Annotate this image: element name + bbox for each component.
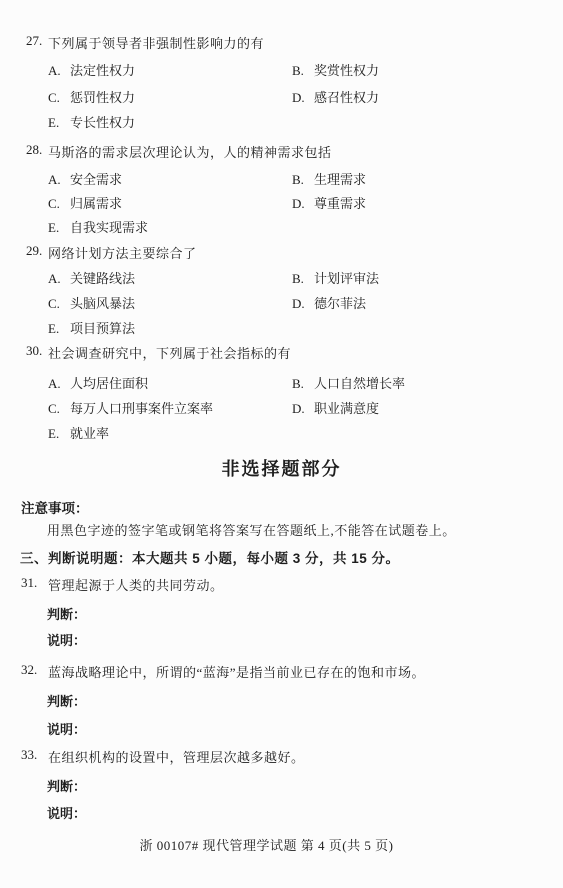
option-label: C.: [48, 296, 70, 312]
question-number: 31.: [21, 575, 37, 591]
question-number: 33.: [21, 747, 37, 763]
question-number: 27.: [26, 33, 42, 49]
option-label: C.: [48, 90, 70, 106]
option-c: C.头脑风暴法: [48, 293, 135, 312]
question-28-options-cd: C.归属需求 D.尊重需求: [0, 193, 563, 211]
part3-title-line: 三、判断说明题：本大题共 5 小题，每小题 3 分，共 15 分。: [0, 547, 563, 565]
question-27-option-e: E.专长性权力: [0, 112, 563, 130]
option-d: D.尊重需求: [292, 193, 366, 212]
question-29-options-ab: A.关键路线法 B.计划评审法: [0, 268, 563, 286]
question-27-stem-line: 27. 下列属于领导者非强制性影响力的有: [0, 33, 563, 51]
exam-page: 27. 下列属于领导者非强制性影响力的有 A.法定性权力 B.奖赏性权力 C.惩…: [0, 0, 563, 888]
option-label: C.: [48, 401, 70, 417]
option-label: D.: [292, 296, 314, 312]
part3-title: 三、判断说明题：本大题共 5 小题，每小题 3 分，共 15 分。: [20, 547, 400, 567]
page-footer: 浙 00107# 现代管理学试题 第 4 页(共 5 页): [0, 835, 548, 854]
option-label: B.: [292, 172, 314, 188]
question-number: 29.: [26, 243, 42, 259]
question-stem: 管理起源于人类的共同劳动。: [48, 575, 224, 594]
option-b: B.计划评审法: [292, 268, 379, 287]
notice-title-line: 注意事项：: [0, 497, 563, 515]
option-c: C.归属需求: [48, 193, 122, 212]
option-d: D.感召性权力: [292, 87, 379, 106]
question-33-stem-line: 33. 在组织机构的设置中，管理层次越多越好。: [0, 747, 563, 765]
option-text: 人均居住面积: [70, 376, 148, 391]
question-27-options-ab: A.法定性权力 B.奖赏性权力: [0, 60, 563, 78]
question-32-stem-line: 32. 蓝海战略理论中，所谓的“蓝海”是指当前业已存在的饱和市场。: [0, 662, 563, 680]
question-29-options-cd: C.头脑风暴法 D.德尔菲法: [0, 293, 563, 311]
question-30-stem-line: 30. 社会调查研究中，下列属于社会指标的有: [0, 343, 563, 361]
option-text: 奖赏性权力: [314, 63, 379, 78]
option-a: A.安全需求: [48, 169, 122, 188]
option-label: C.: [48, 196, 70, 212]
option-d: D.职业满意度: [292, 398, 379, 417]
notice-body: 用黑色字迹的签字笔或钢笔将答案写在答题纸上,不能答在试题卷上。: [47, 520, 456, 539]
question-number: 32.: [21, 662, 37, 678]
question-32-explain-line: 说明：: [0, 719, 563, 737]
notice-title: 注意事项：: [21, 497, 89, 517]
option-e: E.自我实现需求: [48, 217, 148, 236]
question-30-option-e: E.就业率: [0, 423, 563, 441]
question-stem: 网络计划方法主要综合了: [48, 243, 197, 262]
question-stem: 在组织机构的设置中，管理层次越多越好。: [48, 747, 305, 766]
question-number: 28.: [26, 142, 42, 158]
option-c: C.每万人口刑事案件立案率: [48, 398, 213, 417]
option-a: A.法定性权力: [48, 60, 135, 79]
option-text: 人口自然增长率: [314, 376, 405, 391]
option-e: E.就业率: [48, 423, 109, 442]
option-text: 关键路线法: [70, 271, 135, 286]
option-label: E.: [48, 321, 70, 337]
option-label: B.: [292, 63, 314, 79]
question-stem: 蓝海战略理论中，所谓的“蓝海”是指当前业已存在的饱和市场。: [48, 662, 425, 681]
question-28-stem-line: 28. 马斯洛的需求层次理论认为，人的精神需求包括: [0, 142, 563, 160]
option-a: A.人均居住面积: [48, 373, 148, 392]
question-stem: 社会调查研究中，下列属于社会指标的有: [48, 343, 291, 362]
option-label: D.: [292, 401, 314, 417]
option-label: A.: [48, 172, 70, 188]
option-label: B.: [292, 271, 314, 287]
option-text: 就业率: [70, 426, 109, 441]
judge-label: 判断：: [47, 691, 86, 710]
option-label: A.: [48, 376, 70, 392]
option-text: 尊重需求: [314, 196, 366, 211]
question-30-options-cd: C.每万人口刑事案件立案率 D.职业满意度: [0, 398, 563, 416]
option-text: 自我实现需求: [70, 220, 148, 235]
option-text: 惩罚性权力: [70, 90, 135, 105]
option-text: 德尔菲法: [314, 296, 366, 311]
explain-label: 说明：: [47, 719, 86, 738]
question-29-stem-line: 29. 网络计划方法主要综合了: [0, 243, 563, 261]
judge-label: 判断：: [47, 776, 86, 795]
option-b: B.生理需求: [292, 169, 366, 188]
question-33-judge-line: 判断：: [0, 776, 563, 794]
option-d: D.德尔菲法: [292, 293, 366, 312]
question-31-judge-line: 判断：: [0, 604, 563, 622]
option-label: E.: [48, 115, 70, 131]
question-30-options-ab: A.人均居住面积 B.人口自然增长率: [0, 373, 563, 391]
question-31-stem-line: 31. 管理起源于人类的共同劳动。: [0, 575, 563, 593]
option-text: 安全需求: [70, 172, 122, 187]
option-label: A.: [48, 271, 70, 287]
question-27-options-cd: C.惩罚性权力 D.感召性权力: [0, 87, 563, 105]
question-number: 30.: [26, 343, 42, 359]
option-text: 项目预算法: [70, 321, 135, 336]
option-label: D.: [292, 90, 314, 106]
option-text: 感召性权力: [314, 90, 379, 105]
section-heading: 非选择题部分: [0, 455, 563, 481]
option-label: E.: [48, 220, 70, 236]
question-28-option-e: E.自我实现需求: [0, 217, 563, 235]
option-b: B.奖赏性权力: [292, 60, 379, 79]
option-text: 专长性权力: [70, 115, 135, 130]
option-text: 头脑风暴法: [70, 296, 135, 311]
question-28-options-ab: A.安全需求 B.生理需求: [0, 169, 563, 187]
option-c: C.惩罚性权力: [48, 87, 135, 106]
explain-label: 说明：: [47, 803, 86, 822]
option-text: 生理需求: [314, 172, 366, 187]
judge-label: 判断：: [47, 604, 86, 623]
option-label: E.: [48, 426, 70, 442]
question-stem: 马斯洛的需求层次理论认为，人的精神需求包括: [48, 142, 332, 161]
question-32-judge-line: 判断：: [0, 691, 563, 709]
option-text: 每万人口刑事案件立案率: [70, 401, 213, 416]
explain-label: 说明：: [47, 630, 86, 649]
option-b: B.人口自然增长率: [292, 373, 405, 392]
option-e: E.项目预算法: [48, 318, 135, 337]
question-31-explain-line: 说明：: [0, 630, 563, 648]
option-text: 归属需求: [70, 196, 122, 211]
option-a: A.关键路线法: [48, 268, 135, 287]
option-label: B.: [292, 376, 314, 392]
question-29-option-e: E.项目预算法: [0, 318, 563, 336]
question-33-explain-line: 说明：: [0, 803, 563, 821]
option-label: A.: [48, 63, 70, 79]
option-e: E.专长性权力: [48, 112, 135, 131]
option-text: 计划评审法: [314, 271, 379, 286]
option-label: D.: [292, 196, 314, 212]
option-text: 法定性权力: [70, 63, 135, 78]
option-text: 职业满意度: [314, 401, 379, 416]
notice-body-line: 用黑色字迹的签字笔或钢笔将答案写在答题纸上,不能答在试题卷上。: [0, 520, 563, 538]
question-stem: 下列属于领导者非强制性影响力的有: [48, 33, 264, 52]
